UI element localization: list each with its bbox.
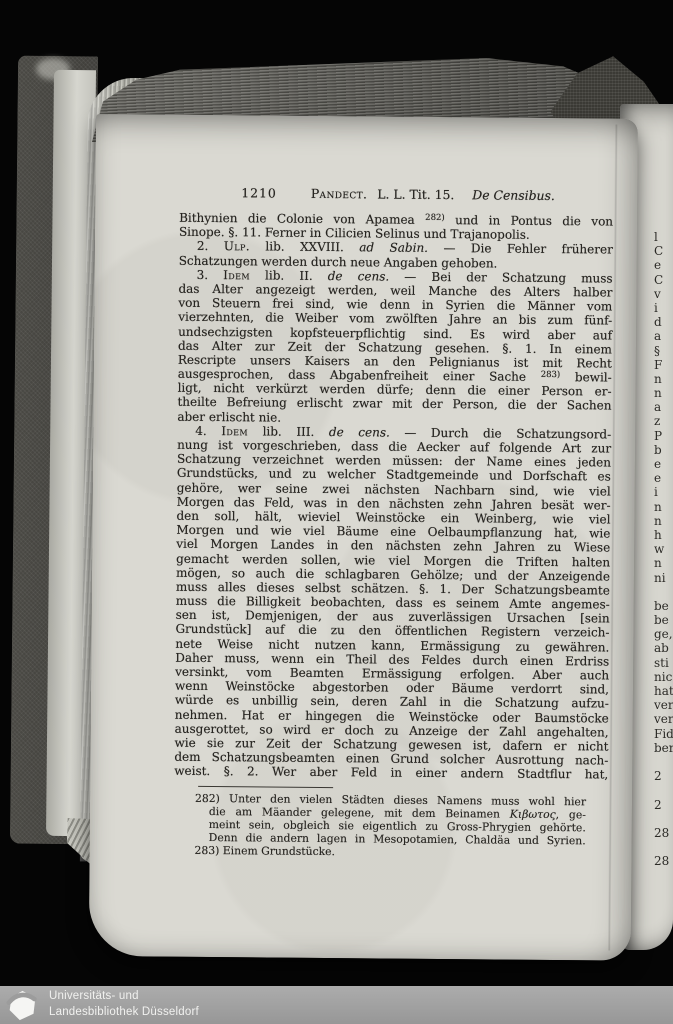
next-page-fragment-line: n — [654, 386, 673, 400]
next-page-fragment-line: C — [654, 244, 673, 258]
next-page-fragment-line: be — [654, 613, 673, 627]
next-page-fragment-line: n — [654, 500, 673, 514]
next-page-fragment-line: C — [654, 273, 673, 287]
next-page-fragment-line: h — [654, 528, 673, 542]
running-title-latin: De Censibus. — [472, 187, 555, 203]
body-line: weist. §. 2. Wer aber Feld in einer ande… — [174, 764, 608, 782]
next-page-fragment-line — [654, 755, 673, 769]
next-page-fragment-line: n — [654, 514, 673, 528]
next-page-fragment-line — [654, 812, 673, 826]
next-page-fragment-line — [654, 585, 673, 599]
next-page-fragment-line: w — [654, 542, 673, 556]
next-page-fragment-line: ab — [654, 641, 673, 655]
next-page-fragment-line: be — [654, 599, 673, 613]
watermark-line2: Landesbibliothek Düsseldorf — [49, 1005, 199, 1021]
next-page-fragment-line: ver — [654, 698, 673, 712]
next-page-fragment-line: n — [654, 556, 673, 570]
next-page-fragment-line: ge, — [654, 627, 673, 641]
next-page-fragment-line: a — [654, 329, 673, 343]
next-page-fragment-line: Fid — [654, 727, 673, 741]
watermark-bar: Universitäts- und Landesbibliothek Düsse… — [0, 986, 673, 1024]
page-number: 1210 — [241, 185, 277, 200]
next-page-fragment-line: 28 — [654, 826, 673, 840]
next-page-fragment-line — [654, 840, 673, 854]
next-page-fragment-line: v — [654, 287, 673, 301]
next-page-text-fragments: lCeCvida§FnnazPbeeinnhwnnibebege,abstini… — [654, 230, 673, 868]
page-header: 1210 Pandect. L. L. Tit. 15. De Censibus… — [179, 185, 613, 204]
book-photo-scene: lCeCvida§FnnazPbeeinnhwnnibebege,abstini… — [0, 0, 673, 1024]
next-page-fragment-line: d — [654, 315, 673, 329]
next-page-fragment-line: hat — [654, 684, 673, 698]
next-page-fragment-line: ni — [654, 571, 673, 585]
next-page-fragment-line: § — [654, 344, 673, 358]
next-page-fragment-line: F — [654, 358, 673, 372]
next-page-fragment-line: b — [654, 443, 673, 457]
next-page-fragment-line: 2 — [654, 798, 673, 812]
next-page-fragment-line: e — [654, 471, 673, 485]
watermark-line1: Universitäts- und — [49, 989, 199, 1005]
next-page-fragment-line: l — [654, 230, 673, 244]
next-page-fragment-line: sti — [654, 656, 673, 670]
next-page-fragment-line: ver — [654, 712, 673, 726]
next-page-fragment-line: 2 — [654, 769, 673, 783]
next-page-fragment-line: P — [654, 429, 673, 443]
next-page-fragment-line: 28 — [654, 854, 673, 868]
library-logo-icon — [6, 989, 39, 1022]
next-page-fragment-line — [654, 783, 673, 797]
body-text: Bithynien die Colonie von Apamea 282) un… — [174, 211, 613, 782]
next-page-fragment-line: ber — [654, 741, 673, 755]
running-title-citation: L. L. Tit. 15. — [377, 186, 454, 202]
book-page: 1210 Pandect. L. L. Tit. 15. De Censibus… — [89, 114, 638, 961]
next-page-fragment-line: n — [654, 372, 673, 386]
footnotes: 282) Unter den vielen Städten dieses Nam… — [174, 791, 587, 861]
next-page-fragment-line: e — [654, 457, 673, 471]
page-content: 1210 Pandect. L. L. Tit. 15. De Censibus… — [174, 185, 614, 861]
next-page-fragment-line: nic — [654, 670, 673, 684]
running-title: Pandect. L. L. Tit. 15. De Censibus. — [311, 186, 555, 203]
running-title-abbrev: Pandect. — [311, 186, 368, 201]
watermark-text: Universitäts- und Landesbibliothek Düsse… — [49, 989, 199, 1020]
footnote-separator — [198, 785, 333, 787]
next-page-fragment-line: i — [654, 301, 673, 315]
next-page-fragment-line: e — [654, 258, 673, 272]
next-page-fragment-line: a — [654, 400, 673, 414]
next-page-fragment-line: z — [654, 414, 673, 428]
next-page-fragment-line: i — [654, 485, 673, 499]
